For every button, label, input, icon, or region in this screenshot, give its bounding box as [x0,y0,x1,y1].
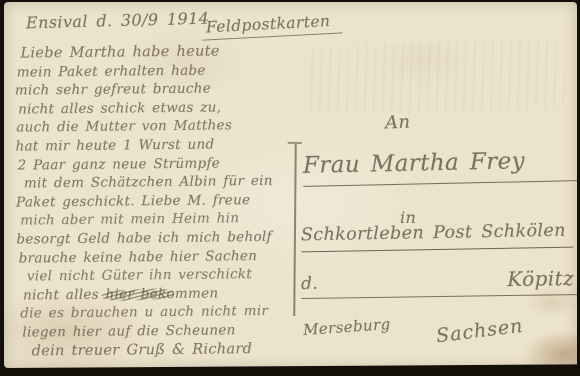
address-district: Merseburg [302,315,391,339]
postcard: Ensival d. 30/9 1914 Feldpostkarten Lieb… [4,2,577,368]
address-salutation: An [385,112,411,134]
dateline: Ensival d. 30/9 1914 [26,9,210,33]
address-town-line: d. Köpitz [301,266,580,299]
address-recipient: Frau Martha Frey [303,147,578,187]
message-block: Liebe Martha habe heutemein Paket erhalt… [14,42,305,361]
address-region: Sachsen [435,315,524,347]
address-abbr: d. [301,274,318,294]
card-type-label: Feldpostkarten [202,11,343,40]
postcard-photo: { "postcard": { "type_label": "Feldpostk… [0,0,580,376]
address-town: Köpitz [507,266,580,291]
show-through-strokes [303,37,565,116]
message-line: dein treuer Gruß & Richard [31,339,305,360]
address-street-line: Schkortleben Post Schkölen [301,221,573,253]
